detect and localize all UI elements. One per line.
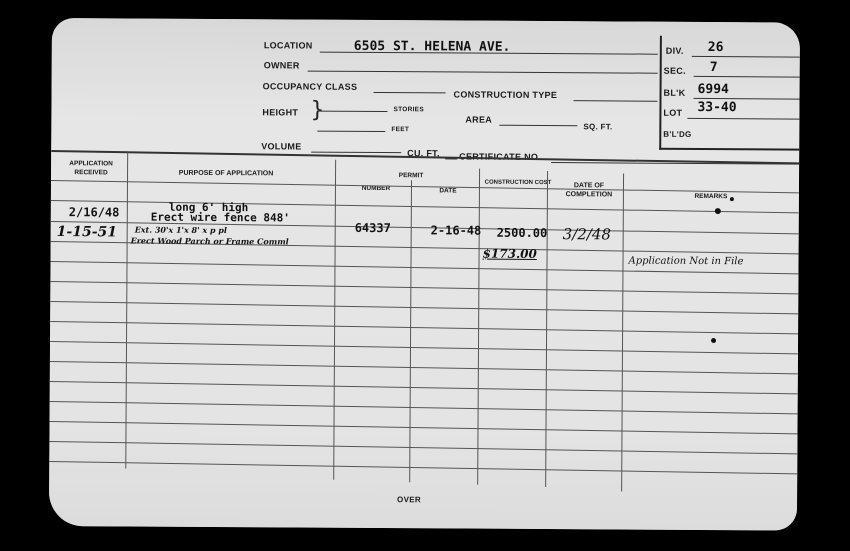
row2-purpose-line1: Ext. 30'x 1'x 8' x p pl [135, 225, 227, 236]
row-line [50, 341, 798, 354]
row1-received: 2/16/48 [69, 205, 120, 219]
stories-underline [319, 111, 387, 112]
header-permit: PERMIT [341, 171, 481, 181]
bldg-label: B'L'DG [663, 130, 691, 139]
grid-vline-4 [477, 169, 480, 485]
row-line [50, 321, 798, 334]
volume-underline [311, 152, 401, 154]
header-purpose: PURPOSE OF APPLICATION [141, 169, 311, 179]
lot-value: 33-40 [697, 100, 736, 115]
grid-vline-2 [333, 160, 336, 480]
sec-label: SEC. [664, 66, 686, 76]
feet-label: FEET [391, 126, 409, 133]
ink-speck [711, 338, 716, 343]
construction-type-underline [574, 100, 658, 102]
row-line [50, 301, 798, 314]
row-line [50, 381, 798, 394]
header-application-received: APPLICATION RECEIVED [55, 159, 127, 177]
occupancy-class-label: OCCUPANCY CLASS [263, 81, 358, 92]
area-label: AREA [465, 115, 492, 125]
feet-underline [317, 131, 385, 132]
row2-remarks: Application Not in File [628, 256, 743, 268]
row1-permit-number: 64337 [355, 221, 391, 235]
ink-speck [730, 197, 734, 201]
grid-vline-6 [621, 173, 624, 491]
row1-construction-cost: 2500.00 [497, 226, 548, 240]
over-label: OVER [397, 495, 421, 504]
grid-vline-3 [409, 180, 412, 482]
div-label: DIV. [666, 46, 684, 56]
row-line [50, 361, 798, 374]
row2-purpose-line2: Erect Wood Parch or Frame Comml [131, 235, 289, 246]
permit-index-card: LOCATION 6505 ST. HELENA AVE. OWNER OCCU… [49, 18, 800, 531]
row-line [49, 461, 797, 474]
row2-construction-cost: $173.00 [483, 247, 537, 261]
owner-label: OWNER [264, 60, 300, 70]
lot-label: LOT [663, 108, 682, 118]
row-line [50, 401, 798, 414]
ink-speck [715, 208, 721, 214]
volume-label: VOLUME [261, 141, 301, 151]
location-value: 6505 ST. HELENA AVE. [354, 39, 511, 55]
sec-value: 7 [710, 60, 718, 75]
row-line [49, 441, 797, 454]
div-value: 26 [708, 40, 724, 55]
row2-received: 1-15-51 [57, 224, 117, 240]
row-line [50, 421, 798, 434]
occupancy-underline [374, 92, 446, 93]
owner-underline [308, 71, 658, 74]
location-label: LOCATION [264, 40, 313, 50]
row-line [50, 281, 798, 294]
height-label: HEIGHT [262, 107, 298, 117]
row1-permit-date: 2-16-48 [431, 223, 482, 237]
area-underline [499, 125, 577, 126]
row1-purpose-line2: Erect wire fence 848' [151, 211, 290, 225]
blk-label: BL'K [664, 88, 686, 98]
row1-completion-date: 3/2/48 [563, 225, 611, 243]
sqft-label: SQ. FT. [583, 122, 612, 131]
construction-type-label: CONSTRUCTION TYPE [454, 89, 558, 100]
blk-value: 6994 [698, 82, 729, 97]
header-remarks: REMARKS [651, 192, 771, 202]
grid-vline-1 [125, 152, 128, 468]
stories-label: STORIES [393, 106, 424, 113]
